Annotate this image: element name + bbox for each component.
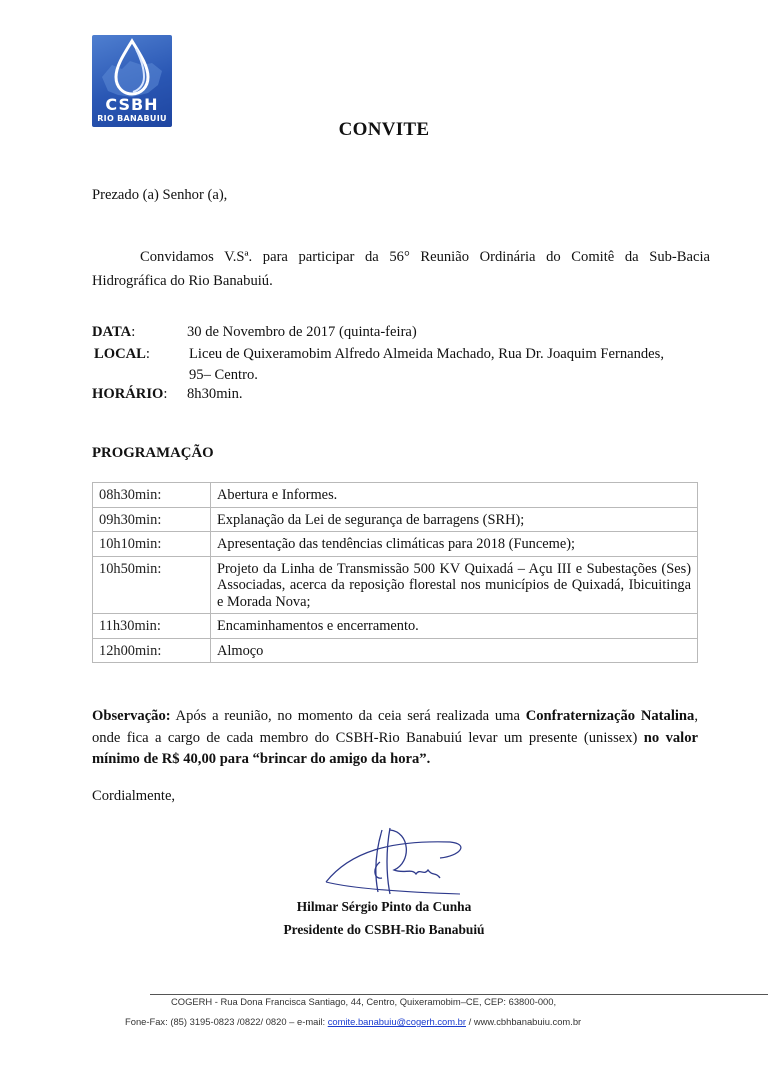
program-activity: Projeto da Linha de Transmissão 500 KV Q…: [211, 556, 698, 614]
program-activity: Almoço: [211, 638, 698, 663]
footer-phone: Fone-Fax: (85) 3195-0823 /0822/ 0820 – e…: [125, 1016, 328, 1027]
program-title: PROGRAMAÇÃO: [92, 445, 214, 462]
date-value: 30 de Novembro de 2017 (quinta-feira): [187, 322, 417, 342]
intro-paragraph: Convidamos V.Sª. para participar da 56° …: [92, 245, 710, 293]
signature-image: [320, 822, 470, 902]
local-value-line2: 95– Centro.: [189, 365, 258, 385]
table-row: 11h30min: Encaminhamentos e encerramento…: [93, 614, 698, 639]
program-activity: Apresentação das tendências climáticas p…: [211, 532, 698, 557]
footer-separator: /: [466, 1016, 474, 1027]
observation-highlight: Confraternização Natalina: [526, 708, 695, 724]
csbh-logo: CSBH RIO BANABUIU: [92, 35, 172, 127]
signatory-name: Hilmar Sérgio Pinto da Cunha: [0, 899, 768, 915]
program-time: 12h00min:: [93, 638, 211, 663]
email-link[interactable]: comite.banabuiu@cogerh.com.br: [328, 1016, 466, 1027]
program-time: 11h30min:: [93, 614, 211, 639]
logo-csbh-text: CSBH: [92, 97, 172, 113]
closing: Cordialmente,: [92, 788, 175, 805]
table-row: 08h30min: Abertura e Informes.: [93, 483, 698, 508]
table-row: 10h10min: Apresentação das tendências cl…: [93, 532, 698, 557]
document-title: CONVITE: [0, 119, 768, 141]
date-label: DATA: [92, 324, 131, 340]
time-value: 8h30min.: [187, 384, 243, 404]
program-activity: Abertura e Informes.: [211, 483, 698, 508]
table-row: 10h50min: Projeto da Linha de Transmissã…: [93, 556, 698, 614]
program-time: 08h30min:: [93, 483, 211, 508]
time-label: HORÁRIO: [92, 386, 163, 402]
observation-paragraph: Observação: Após a reunião, no momento d…: [92, 706, 698, 771]
greeting: Prezado (a) Senhor (a),: [92, 187, 227, 204]
local-label: LOCAL: [94, 346, 146, 362]
table-row: 12h00min: Almoço: [93, 638, 698, 663]
footer-address: COGERH - Rua Dona Francisca Santiago, 44…: [171, 996, 556, 1007]
footer-contact: Fone-Fax: (85) 3195-0823 /0822/ 0820 – e…: [125, 1016, 581, 1027]
local-value-line1: Liceu de Quixeramobim Alfredo Almeida Ma…: [189, 344, 664, 364]
footer-website: www.cbhbanabuiu.com.br: [474, 1016, 581, 1027]
program-time: 10h50min:: [93, 556, 211, 614]
program-time: 10h10min:: [93, 532, 211, 557]
program-time: 09h30min:: [93, 507, 211, 532]
table-row: 09h30min: Explanação da Lei de segurança…: [93, 507, 698, 532]
signature-icon: [320, 822, 470, 902]
observation-label: Observação:: [92, 708, 171, 724]
footer-divider: [150, 994, 768, 995]
signatory-role: Presidente do CSBH-Rio Banabuiú: [0, 922, 768, 938]
observation-text: Após a reunião, no momento da ceia será …: [171, 708, 526, 724]
program-activity: Encaminhamentos e encerramento.: [211, 614, 698, 639]
program-activity: Explanação da Lei de segurança de barrag…: [211, 507, 698, 532]
program-table: 08h30min: Abertura e Informes. 09h30min:…: [92, 482, 698, 663]
